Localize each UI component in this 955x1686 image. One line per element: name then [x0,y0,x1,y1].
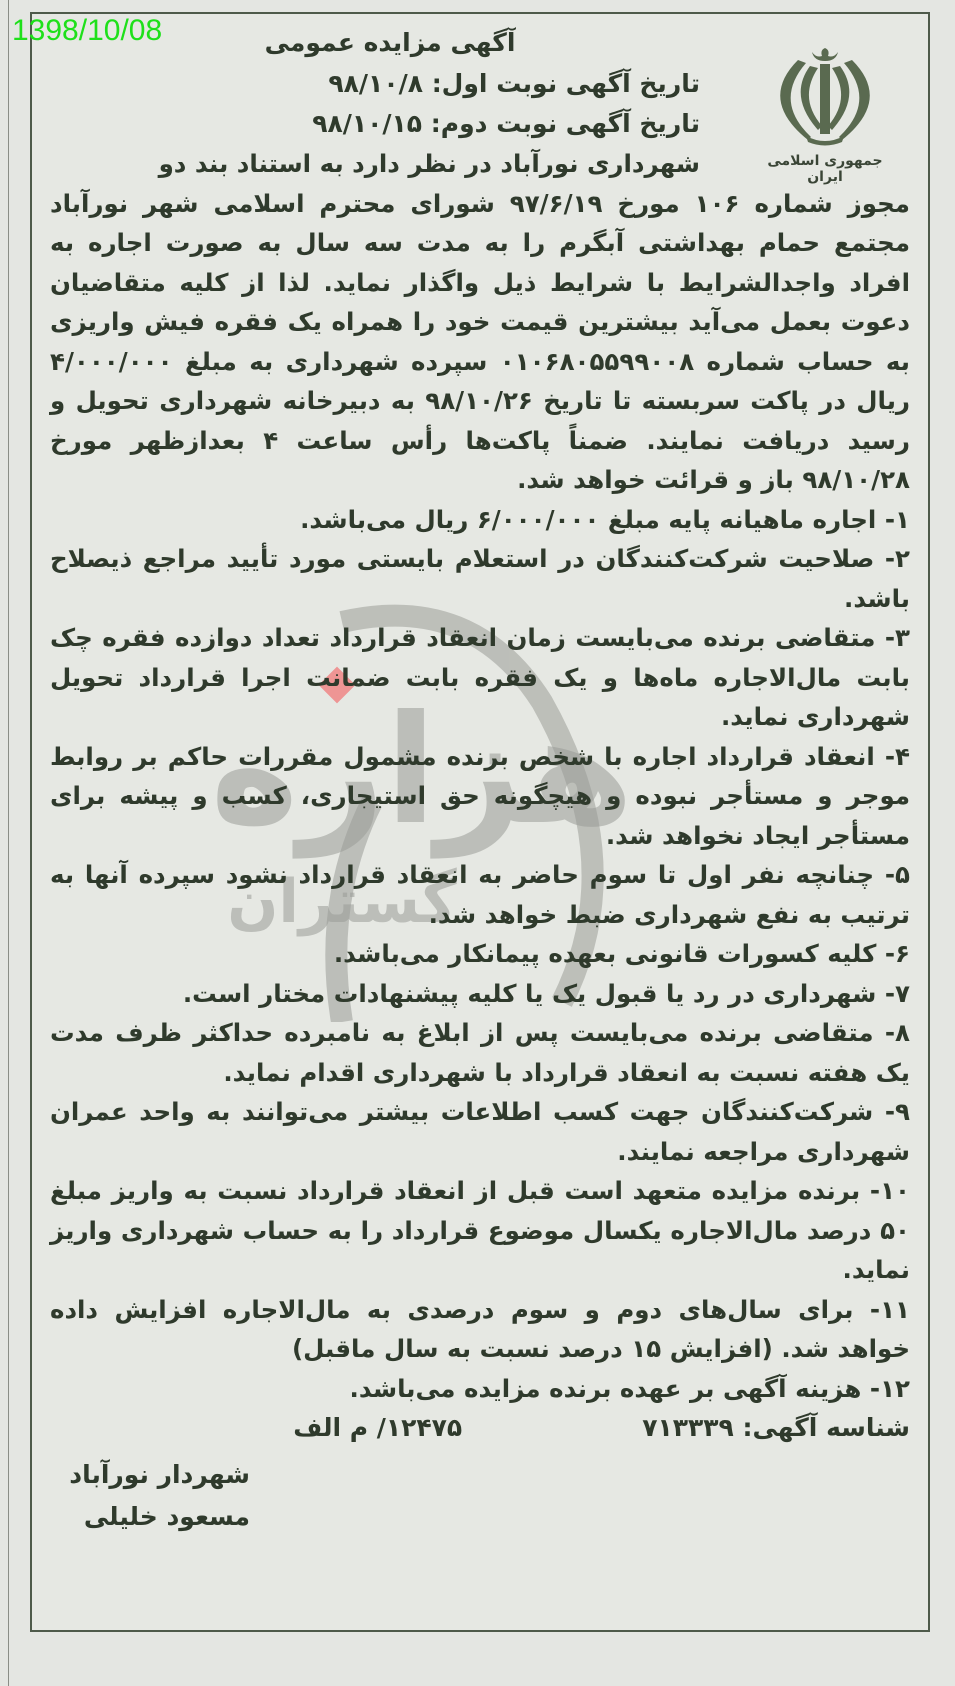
notice-content: آگهی مزایده عمومی تاریخ آگهی نوبت اول: ۹… [50,22,910,1538]
condition-12: ۱۲- هزینه آگهی بر عهده برنده مزایده می‌ب… [50,1369,910,1409]
condition-11: ۱۱- برای سال‌های دوم و سوم درصدی به مال‌… [50,1290,910,1369]
condition-3: ۳- متقاضی برنده می‌بایست زمان انعقاد قرا… [50,618,910,737]
condition-9: ۹- شرکت‌کنندگان جهت کسب اطلاعات بیشتر می… [50,1092,910,1171]
second-publish-date: تاریخ آگهی نوبت دوم: ۹۸/۱۰/۱۵ [50,104,700,144]
second-date-label: تاریخ آگهی نوبت دوم: [431,109,700,138]
condition-8: ۸- متقاضی برنده می‌بایست پس از ابلاغ به … [50,1013,910,1092]
first-date-value: ۹۸/۱۰/۸ [328,69,423,98]
page-edge-line [8,0,9,1686]
first-publish-date: تاریخ آگهی نوبت اول: ۹۸/۱۰/۸ [50,64,700,104]
intro-first-line: شهرداری نورآباد در نظر دارد به استناد بن… [50,144,910,184]
condition-1: ۱- اجاره ماهیانه پایه مبلغ ۶/۰۰۰/۰۰۰ ریا… [50,500,910,540]
ad-id: شناسه آگهی: ۷۱۳۳۳۹ [642,1408,910,1448]
condition-7: ۷- شهرداری در رد یا قبول یک یا کلیه پیشن… [50,974,910,1014]
signer-title: شهردار نورآباد [50,1454,250,1496]
condition-4: ۴- انعقاد قرارداد اجاره با شخص برنده مشم… [50,737,910,856]
ad-ref-number: ۱۲۴۷۵/ م الف [293,1408,462,1448]
ad-identifier-row: شناسه آگهی: ۷۱۳۳۳۹ ۱۲۴۷۵/ م الف [50,1408,910,1448]
signer-name: مسعود خلیلی [50,1496,250,1538]
condition-6: ۶- کلیه کسورات قانونی بعهده پیمانکار می‌… [50,934,910,974]
condition-5: ۵- چنانچه نفر اول تا سوم حاضر به انعقاد … [50,855,910,934]
ad-id-label: شناسه آگهی: [742,1413,910,1442]
first-date-label: تاریخ آگهی نوبت اول: [432,69,700,98]
condition-10: ۱۰- برنده مزایده متعهد است قبل از انعقاد… [50,1171,910,1290]
archive-date-stamp: 1398/10/08 [12,14,162,48]
condition-2: ۲- صلاحیت شرکت‌کنندگان در استعلام بایستی… [50,539,910,618]
notice-title: آگهی مزایده عمومی [80,22,700,64]
signature-block: شهردار نورآباد مسعود خلیلی [50,1454,250,1538]
second-date-value: ۹۸/۱۰/۱۵ [312,109,422,138]
ad-id-value: ۷۱۳۳۳۹ [642,1413,734,1442]
intro-body: مجوز شماره ۱۰۶ مورخ ۹۷/۶/۱۹ شورای محترم … [50,184,910,500]
